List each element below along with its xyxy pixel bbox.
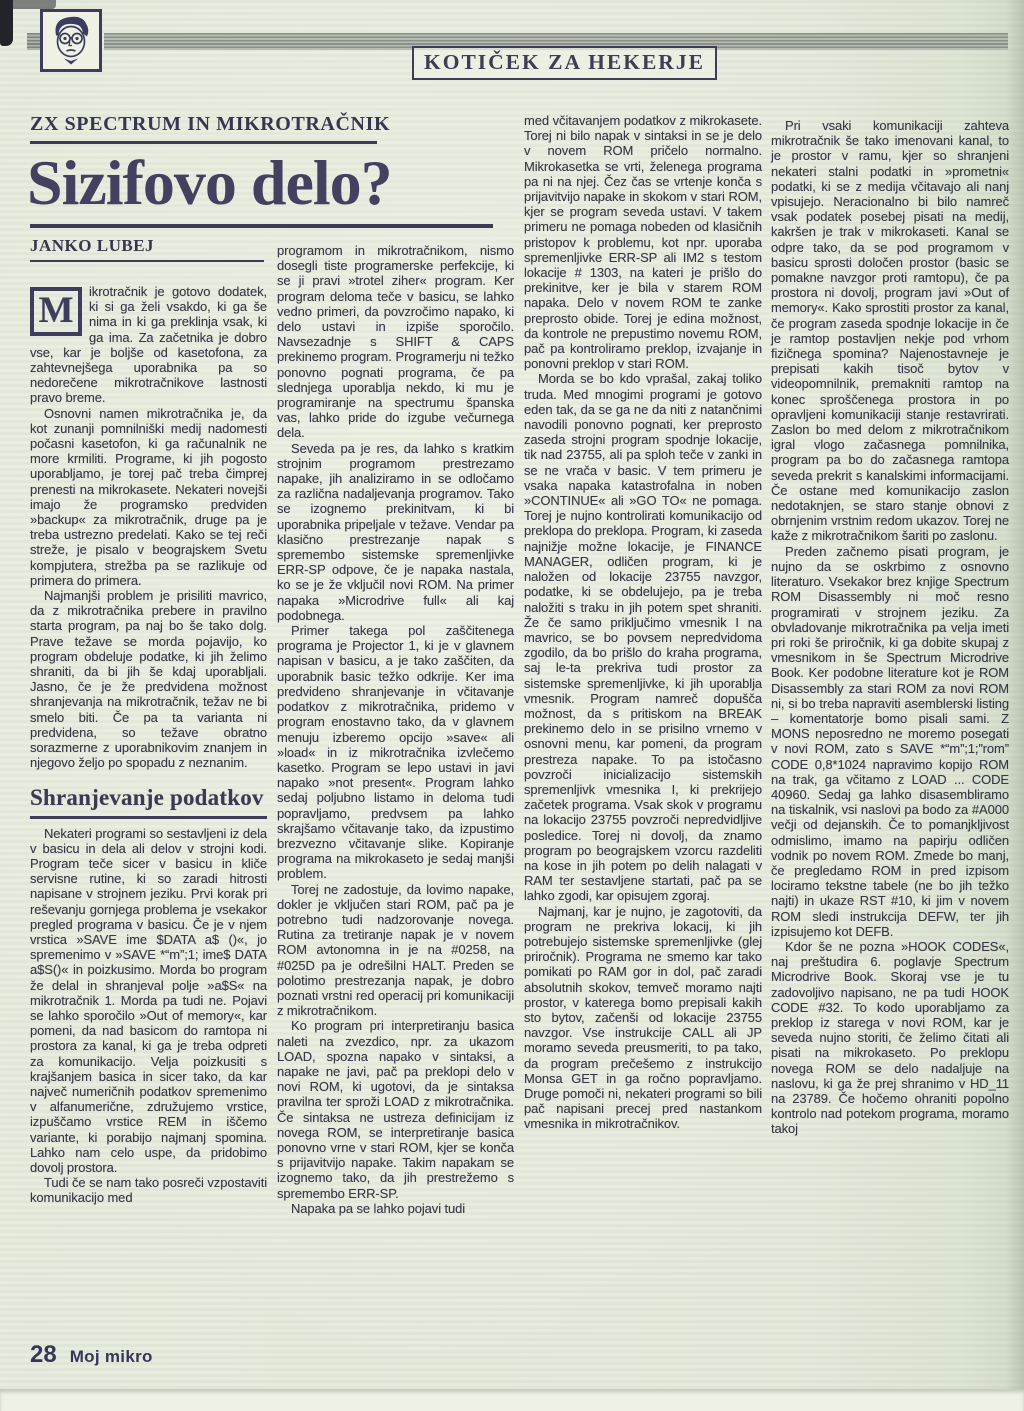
body-paragraph: Osnovni namen mikrotračnika je, da kot z… <box>30 406 267 588</box>
kicker-rule <box>30 141 377 144</box>
header-stripe-stub <box>27 33 40 50</box>
body-paragraph: Nekateri programi so sestavljeni iz dela… <box>30 826 267 1176</box>
body-paragraph: Torej ne zadostuje, da lovimo napake, do… <box>277 882 514 1019</box>
article-byline: JANKO LUBEJ <box>30 236 154 256</box>
body-paragraph: Tudi če se nam tako posreči vzpostaviti … <box>30 1175 267 1205</box>
body-paragraph: Primer takega pol zaščitenega programa j… <box>277 623 514 881</box>
section-heading: Shranjevanje podatkov <box>30 785 267 819</box>
body-paragraph: Ko program pri interpretiranju basica na… <box>277 1018 514 1200</box>
section-banner: KOTIČEK ZA HEKERJE <box>412 46 717 80</box>
body-paragraph: Preden začnemo pisati program, je nujno … <box>771 544 1009 939</box>
scan-artifact <box>10 0 56 9</box>
article-title: Sizifovo delo? <box>27 146 392 220</box>
dropcap-box: M <box>30 287 82 336</box>
body-paragraph: Najmanjši problem je prisiliti mavrico, … <box>30 588 267 770</box>
text-column-2: programom in mikrotračnikom, nismo doseg… <box>277 243 514 1216</box>
body-paragraph: Napaka pa se lahko pojavi tudi <box>277 1201 514 1216</box>
page-footer: 28 Moj mikro <box>30 1341 153 1369</box>
text-column-1: Mikrotračnik je gotovo dodatek, ki si ga… <box>30 284 267 1206</box>
text-column-3: med včitavanjem podatkov z mikrokasete. … <box>524 113 762 1132</box>
body-paragraph: Pri vsaki komunikaciji zahteva mikrotrač… <box>771 118 1009 544</box>
article-kicker: ZX SPECTRUM IN MIKROTRAČNIK <box>30 113 390 136</box>
page-edge <box>0 1389 1024 1411</box>
title-rule <box>30 224 493 228</box>
page-number: 28 <box>30 1341 57 1369</box>
body-paragraph: Najmanj, kar je nujno, je zagotoviti, da… <box>524 904 762 1132</box>
body-paragraph: Mikrotračnik je gotovo dodatek, ki si ga… <box>30 284 267 406</box>
body-paragraph: Seveda pa je res, da lahko s kratkim str… <box>277 441 514 623</box>
section-banner-label: KOTIČEK ZA HEKERJE <box>424 50 705 74</box>
body-paragraph: med včitavanjem podatkov z mikrokasete. … <box>524 113 762 371</box>
byline-rule <box>30 260 264 262</box>
body-paragraph: programom in mikrotračnikom, nismo doseg… <box>277 243 514 441</box>
magazine-page: KOTIČEK ZA HEKERJE ZX SPECTRUM IN MIKROT… <box>0 0 1024 1411</box>
body-paragraph: Kdor še ne pozna »HOOK CODES«, naj prešt… <box>771 939 1009 1137</box>
hacker-face-icon <box>40 9 102 72</box>
text-column-4: Pri vsaki komunikaciji zahteva mikrotrač… <box>771 118 1009 1137</box>
magazine-name: Moj mikro <box>70 1347 153 1367</box>
body-paragraph: Morda se bo kdo vprašal, zakaj toliko tr… <box>524 371 762 903</box>
